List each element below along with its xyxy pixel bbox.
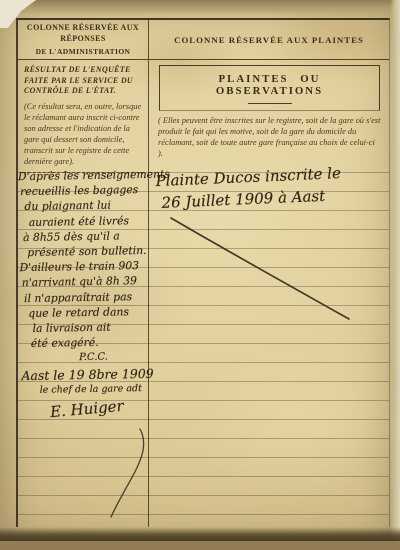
pcc-annotation: P.C.C. bbox=[79, 349, 151, 365]
administration-column-header: COLONNE RÉSERVÉE AUX RÉPONSES DE L'ADMIN… bbox=[18, 20, 148, 60]
plaintes-title: PLAINTES OU OBSERVATIONS bbox=[160, 73, 379, 97]
plaintes-title-box: PLAINTES OU OBSERVATIONS bbox=[159, 65, 380, 111]
administration-printed-note: (Ce résultat sera, en outre, lorsque le … bbox=[18, 98, 148, 167]
plaintes-header-label: COLONNE RÉSERVÉE AUX PLAINTES bbox=[174, 35, 364, 45]
plaintes-printed-note: ( Elles peuvent être inscrites sur le re… bbox=[149, 111, 389, 159]
page-bottom-shadow bbox=[0, 527, 400, 541]
handwriting-line: recueillis les bagages bbox=[20, 182, 148, 199]
torn-edge-top bbox=[0, 0, 400, 15]
administration-header-line2: DE L'ADMINISTRATION bbox=[36, 46, 131, 57]
handwriting-line: il n'apparaîtrait pas bbox=[24, 288, 150, 305]
handwritten-date: Aast le 19 8bre 1909 bbox=[21, 364, 151, 383]
handwriting-line: n'arrivant qu'à 8h 39 bbox=[22, 273, 150, 290]
enquiry-result-title: RÉSULTAT DE L'ENQUÊTE FAITE PAR LE SERVI… bbox=[18, 60, 148, 98]
administration-response-handwriting: D'après les renseignements recueillis le… bbox=[18, 167, 152, 420]
torn-edge-right bbox=[390, 0, 400, 550]
short-rule bbox=[248, 103, 292, 104]
administration-header-line1: COLONNE RÉSERVÉE AUX RÉPONSES bbox=[20, 22, 146, 44]
scanned-register-page: COLONNE RÉSERVÉE AUX RÉPONSES DE L'ADMIN… bbox=[0, 0, 400, 550]
plaintes-column-header: COLONNE RÉSERVÉE AUX PLAINTES bbox=[149, 20, 389, 60]
plaintes-column: COLONNE RÉSERVÉE AUX PLAINTES PLAINTES O… bbox=[149, 20, 389, 527]
torn-edge-bottom bbox=[0, 541, 400, 550]
